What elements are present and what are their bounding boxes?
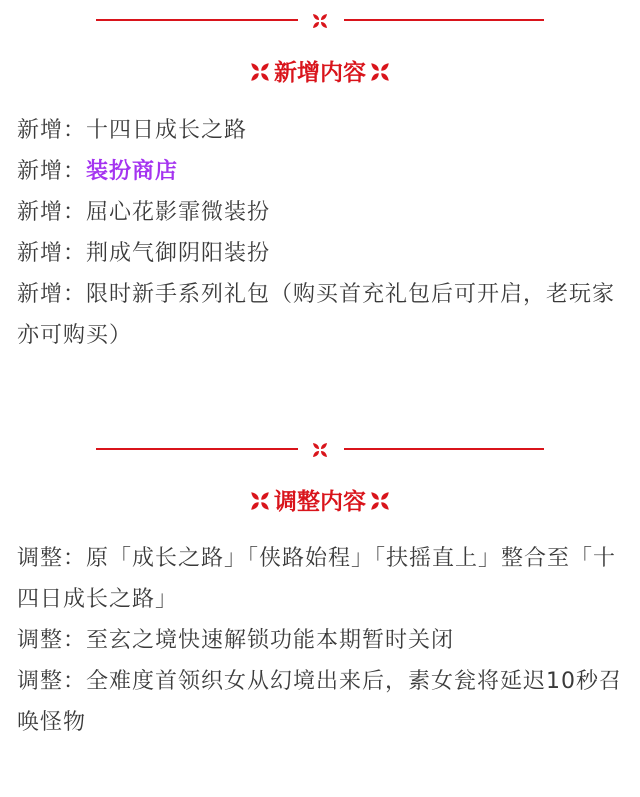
four-petal-flower-icon [250,62,270,82]
section-divider-new [96,10,544,30]
divider-line-left [96,19,298,21]
section-title-text: 调整内容 [274,489,366,515]
list-item: 调整：全难度首领织女从幻境出来后，素女瓮将延迟10秒召唤怪物 [17,661,629,743]
four-petal-flower-icon [312,13,328,29]
item-text-highlight: 装扮商店 [86,159,178,184]
list-item: 调整：原「成长之路」「侠路始程」「扶摇直上」整合至「十四日成长之路」 [17,538,629,620]
item-text: 全难度首领织女从幻境出来后，素女瓮将延迟10秒召唤怪物 [17,669,622,735]
list-item: 新增：装扮商店 [17,151,629,192]
list-item: 新增：屈心花影霏微装扮 [17,192,629,233]
item-prefix: 新增： [17,200,86,225]
item-prefix: 新增： [17,282,86,307]
item-text: 十四日成长之路 [86,118,247,143]
item-text: 原「成长之路」「侠路始程」「扶摇直上」整合至「十四日成长之路」 [17,546,616,612]
item-prefix: 调整： [17,546,86,571]
divider-line-right [344,19,544,21]
item-prefix: 新增： [17,159,86,184]
section-title-new: 新增内容 [0,58,640,88]
four-petal-flower-icon [370,62,390,82]
four-petal-flower-icon [312,442,328,458]
item-text: 屈心花影霏微装扮 [86,200,270,225]
list-item: 调整：至玄之境快速解锁功能本期暂时关闭 [17,620,629,661]
item-prefix: 调整： [17,628,86,653]
item-prefix: 新增： [17,241,86,266]
list-item: 新增：荆成气御阴阳装扮 [17,233,629,274]
section-divider-adjust [96,439,544,459]
item-prefix: 新增： [17,118,86,143]
divider-line-right [344,448,544,450]
four-petal-flower-icon [250,491,270,511]
item-text: 限时新手系列礼包（购买首充礼包后可开启，老玩家亦可购买） [17,282,615,348]
section-title-adjust: 调整内容 [0,487,640,517]
item-text: 至玄之境快速解锁功能本期暂时关闭 [86,628,454,653]
list-item: 新增：十四日成长之路 [17,110,629,151]
section-title-text: 新增内容 [274,60,366,86]
divider-line-left [96,448,298,450]
list-item: 新增：限时新手系列礼包（购买首充礼包后可开启，老玩家亦可购买） [17,274,629,356]
item-text: 荆成气御阴阳装扮 [86,241,270,266]
four-petal-flower-icon [370,491,390,511]
item-prefix: 调整： [17,669,86,694]
